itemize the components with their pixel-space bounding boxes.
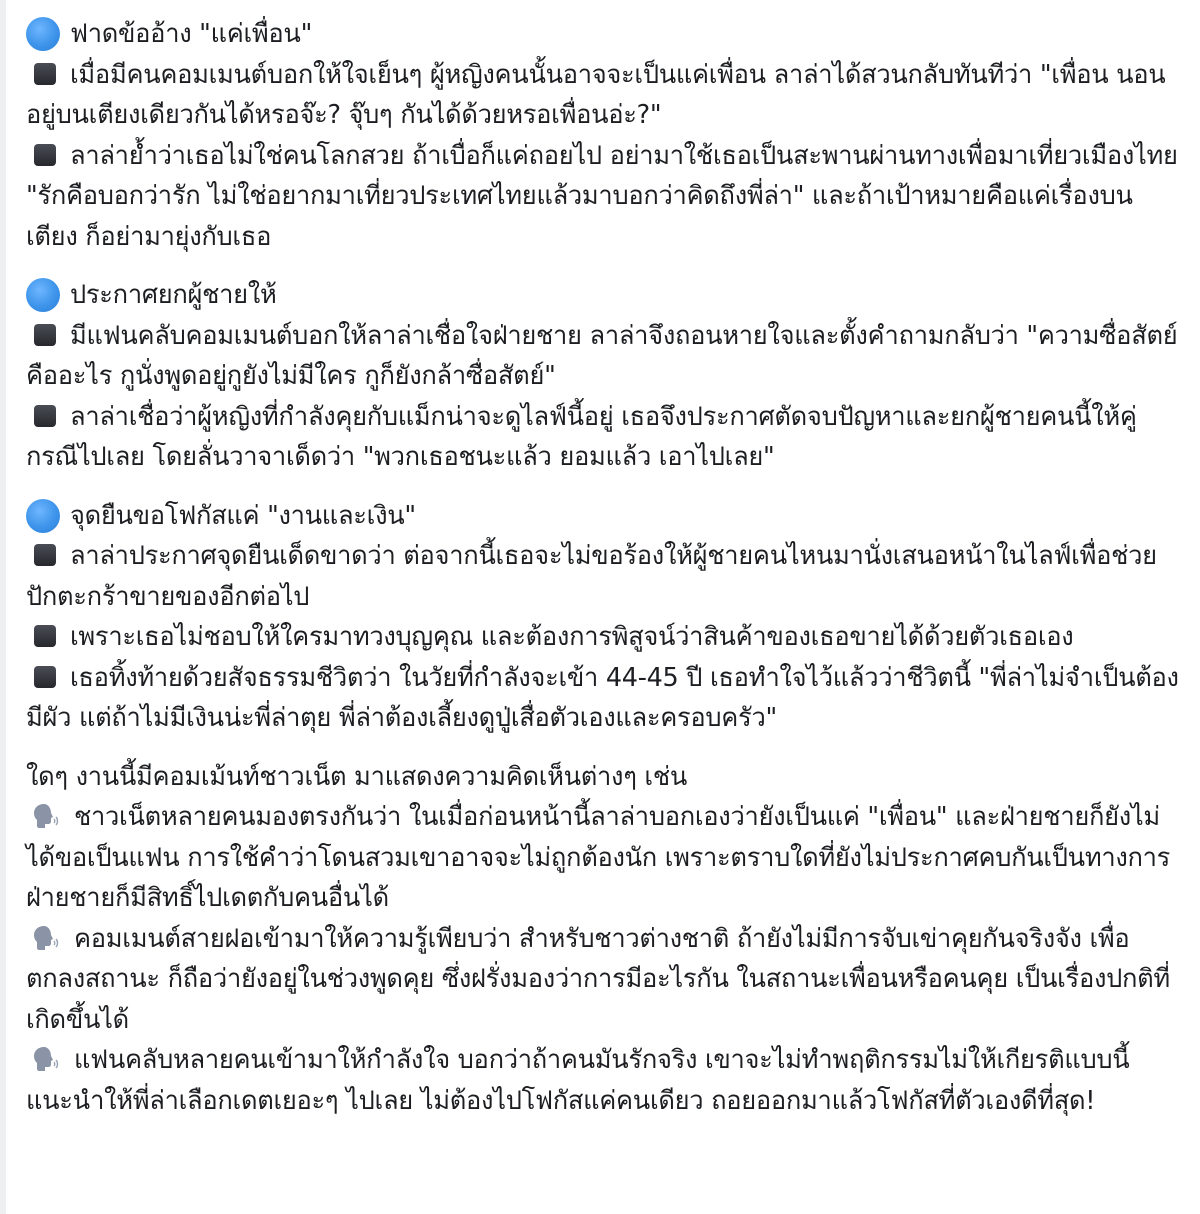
black-square-icon: [34, 324, 56, 346]
comment-item: แฟนคลับหลายคนเข้ามาให้กำลังใจ บอกว่าถ้าค…: [26, 1040, 1180, 1121]
comment-item: คอมเมนต์สายฝอเข้ามาให้ความรู้เพียบว่า สำ…: [26, 919, 1180, 1041]
blue-circle-icon: [26, 499, 60, 533]
black-square-icon: [34, 625, 56, 647]
black-square-icon: [34, 63, 56, 85]
post-content: ฟาดข้ออ้าง "แค่เพื่อน" เมื่อมีคนคอมเมนต์…: [0, 0, 1200, 1214]
bullet-item: มีแฟนคลับคอมเมนต์บอกให้ลาล่าเชื่อใจฝ่ายช…: [26, 316, 1180, 397]
blue-circle-icon: [26, 17, 60, 51]
section-heading: ฟาดข้ออ้าง "แค่เพื่อน": [70, 14, 312, 55]
speaking-head-icon: [30, 801, 60, 831]
black-square-icon: [34, 544, 56, 566]
bullet-item: เพราะเธอไม่ชอบให้ใครมาทวงบุญคุณ และต้องก…: [26, 617, 1180, 658]
section-heading: จุดยืนขอโฟกัสแค่ "งานและเงิน": [70, 496, 416, 537]
blue-circle-icon: [26, 278, 60, 312]
section-friend-claim: ฟาดข้ออ้าง "แค่เพื่อน" เมื่อมีคนคอมเมนต์…: [26, 14, 1180, 257]
bullet-item: ลาล่าเชื่อว่าผู้หญิงที่กำลังคุยกับแม็กน่…: [26, 397, 1180, 478]
comments-intro: ใดๆ งานนี้มีคอมเม้นท์ชาวเน็ต มาแสดงความค…: [26, 757, 1180, 798]
section-work-and-money: จุดยืนขอโฟกัสแค่ "งานและเงิน" ลาล่าประกา…: [26, 496, 1180, 739]
black-square-icon: [34, 144, 56, 166]
bullet-item: ลาล่าประกาศจุดยืนเด็ดขาดว่า ต่อจากนี้เธอ…: [26, 536, 1180, 617]
bullet-item: เธอทิ้งท้ายด้วยสัจธรรมชีวิตว่า ในวัยที่ก…: [26, 658, 1180, 739]
comment-item: ชาวเน็ตหลายคนมองตรงกันว่า ในเมื่อก่อนหน้…: [26, 797, 1180, 919]
bullet-item: ลาล่าย้ำว่าเธอไม่ใช่คนโลกสวย ถ้าเบื่อก็แ…: [26, 136, 1180, 258]
speaking-head-icon: [30, 1044, 60, 1074]
netizen-comments: ใดๆ งานนี้มีคอมเม้นท์ชาวเน็ต มาแสดงความค…: [26, 757, 1180, 1122]
black-square-icon: [34, 405, 56, 427]
section-heading: ประกาศยกผู้ชายให้: [70, 275, 276, 316]
speaking-head-icon: [30, 923, 60, 953]
bullet-item: เมื่อมีคนคอมเมนต์บอกให้ใจเย็นๆ ผู้หญิงคน…: [26, 55, 1180, 136]
section-give-up-man: ประกาศยกผู้ชายให้ มีแฟนคลับคอมเมนต์บอกให…: [26, 275, 1180, 478]
black-square-icon: [34, 666, 56, 688]
